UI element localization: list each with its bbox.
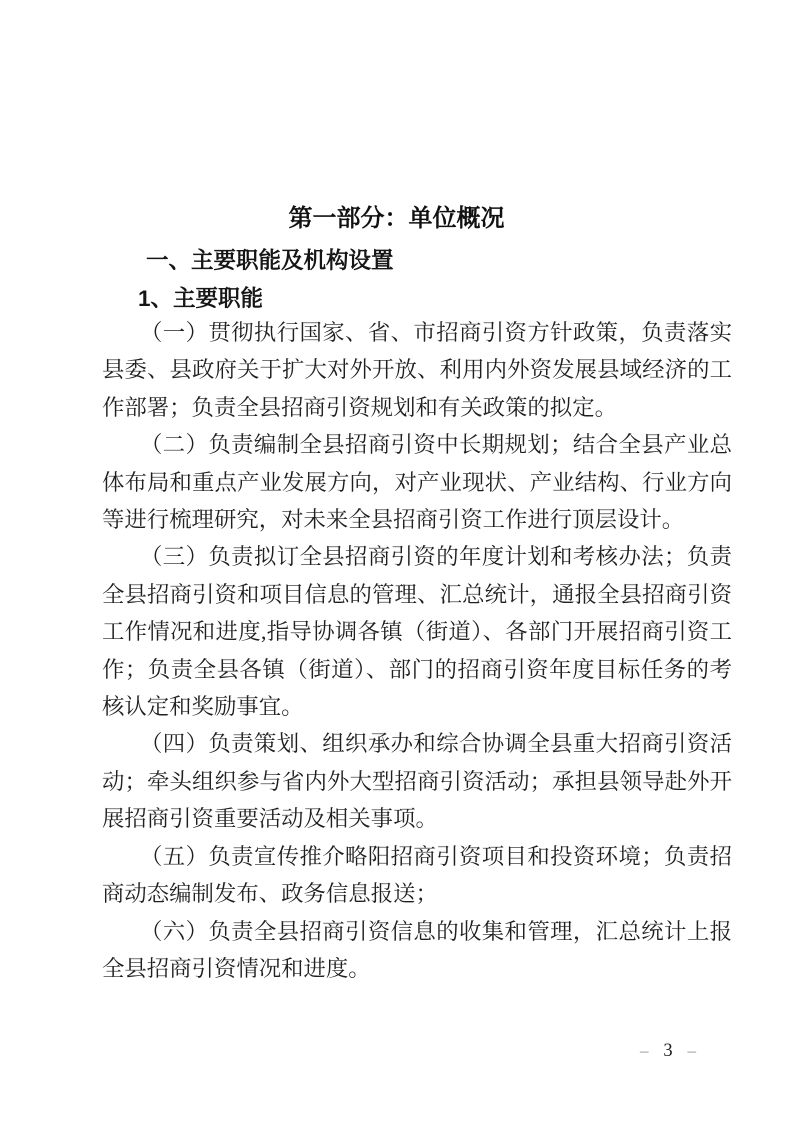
body-paragraph-1: （一）贯彻执行国家、省、市招商引资方针政策，负责落实县委、县政府关于扩大对外开放… xyxy=(102,314,732,426)
page-number-dash-right: – xyxy=(688,1040,697,1062)
body-paragraph-6: （六）负责全县招商引资信息的收集和管理，汇总统计上报全县招商引资情况和进度。 xyxy=(102,913,732,988)
page-number: – 3 – xyxy=(640,1040,696,1062)
page-number-dash-left: – xyxy=(640,1040,649,1062)
page-number-value: 3 xyxy=(663,1040,672,1062)
body-paragraph-2: （二）负责编制全县招商引资中长期规划；结合全县产业总体布局和重点产业发展方向，对… xyxy=(102,426,732,538)
document-page: 第一部分：单位概况 一、主要职能及机构设置 1、主要职能 （一）贯彻执行国家、省… xyxy=(0,0,793,1122)
body-paragraph-4: （四）负责策划、组织承办和综合协调全县重大招商引资活动；牵头组织参与省内外大型招… xyxy=(102,725,732,837)
page-title: 第一部分：单位概况 xyxy=(0,198,793,233)
document-body: （一）贯彻执行国家、省、市招商引资方针政策，负责落实县委、县政府关于扩大对外开放… xyxy=(102,314,732,987)
body-paragraph-5: （五）负责宣传推介略阳招商引资项目和投资环境；负责招商动态编制发布、政务信息报送… xyxy=(102,838,732,913)
heading-level-1: 一、主要职能及机构设置 xyxy=(146,243,394,275)
body-paragraph-3: （三）负责拟订全县招商引资的年度计划和考核办法；负责全县招商引资和项目信息的管理… xyxy=(102,538,732,725)
heading-level-2: 1、主要职能 xyxy=(138,281,263,313)
